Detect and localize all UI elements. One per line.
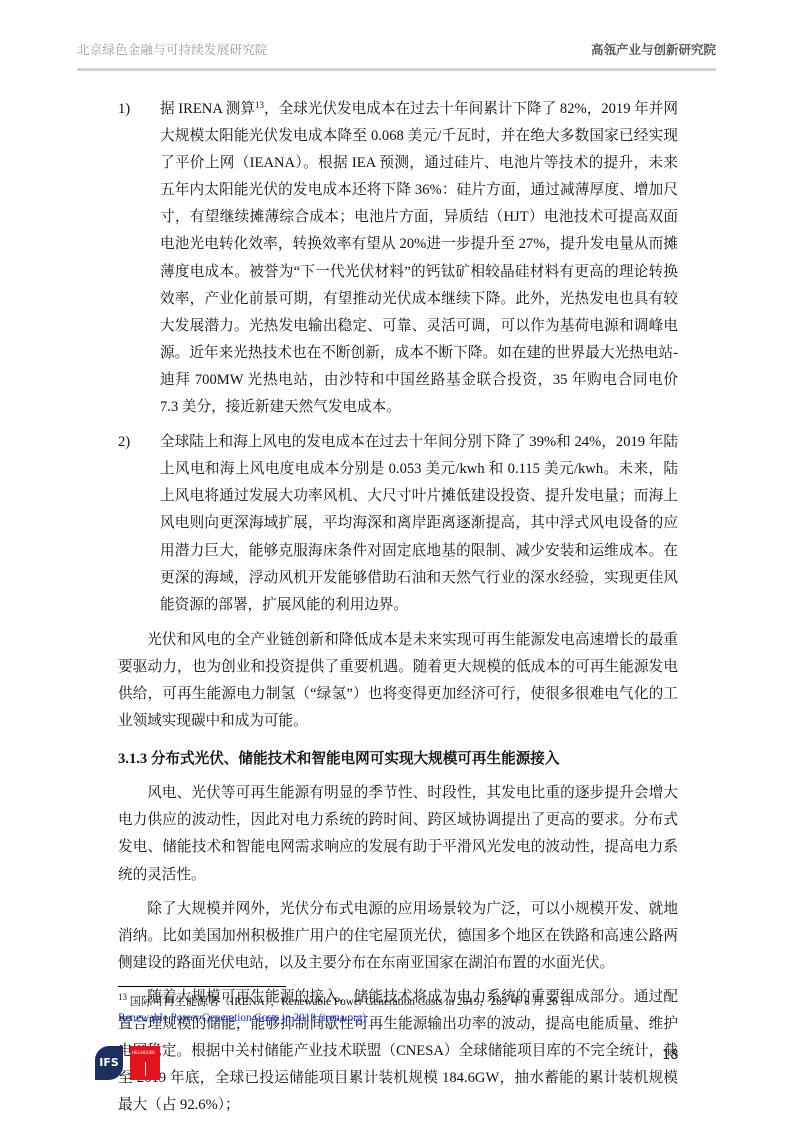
list-number: 2) bbox=[118, 429, 130, 456]
hillhouse-logo-text: HILLHOUSE bbox=[132, 1050, 155, 1055]
footnote-divider bbox=[118, 986, 286, 987]
hillhouse-logo: HILLHOUSE bbox=[130, 1046, 160, 1080]
page-header: 北京绿色金融与可持续发展研究院 高瓴产业与创新研究院 bbox=[77, 40, 716, 70]
footnote-marker: 13 bbox=[118, 992, 127, 1002]
paragraph: 光伏和风电的全产业链创新和降低成本是未来实现可再生能源发电高速增长的最重要驱动力… bbox=[118, 627, 678, 735]
paragraph: 风电、光伏等可再生能源有明显的季节性、时段性，其发电比重的逐步提升会增大电力供应… bbox=[118, 780, 678, 888]
footnote-link[interactable]: Renewable Power Generation Costs in 2019… bbox=[118, 1012, 366, 1024]
list-text: 据 IRENA 测算 bbox=[160, 101, 255, 117]
hillhouse-logo-mark bbox=[145, 1062, 146, 1076]
list-text-cont: ，全球光伏发电成本在过去十年间累计下降了 82%，2019 年并网大规模太阳能光… bbox=[160, 101, 678, 415]
footnote-reference[interactable]: 13 bbox=[255, 100, 264, 110]
paragraph: 除了大规模并网外，光伏分布式电源的应用场景较为广泛，可以小规模开发、就地消纳。比… bbox=[118, 896, 678, 977]
ifs-logo: IFS bbox=[95, 1046, 123, 1080]
list-item-1: 1) 据 IRENA 测算13，全球光伏发电成本在过去十年间累计下降了 82%，… bbox=[118, 96, 678, 421]
list-item-2: 2) 全球陆上和海上风电的发电成本在过去十年间分别下降了 39%和 24%，20… bbox=[118, 429, 678, 619]
header-divider bbox=[77, 68, 716, 71]
section-heading: 3.1.3 分布式光伏、储能技术和智能电网可实现大规模可再生能源接入 bbox=[118, 746, 678, 773]
footnote-text: 国际可再生能源署（IRENA），Renewable Power Generati… bbox=[127, 996, 572, 1008]
footnote: 13 国际可再生能源署（IRENA），Renewable Power Gener… bbox=[118, 994, 678, 1026]
header-org-right: 高瓴产业与创新研究院 bbox=[591, 40, 716, 58]
document-body: 1) 据 IRENA 测算13，全球光伏发电成本在过去十年间累计下降了 82%，… bbox=[118, 96, 678, 1122]
list-number: 1) bbox=[118, 96, 130, 123]
list-text: 全球陆上和海上风电的发电成本在过去十年间分别下降了 39%和 24%，2019 … bbox=[160, 434, 678, 613]
header-org-left: 北京绿色金融与可持续发展研究院 bbox=[77, 40, 268, 58]
page-number: 18 bbox=[662, 1048, 679, 1063]
